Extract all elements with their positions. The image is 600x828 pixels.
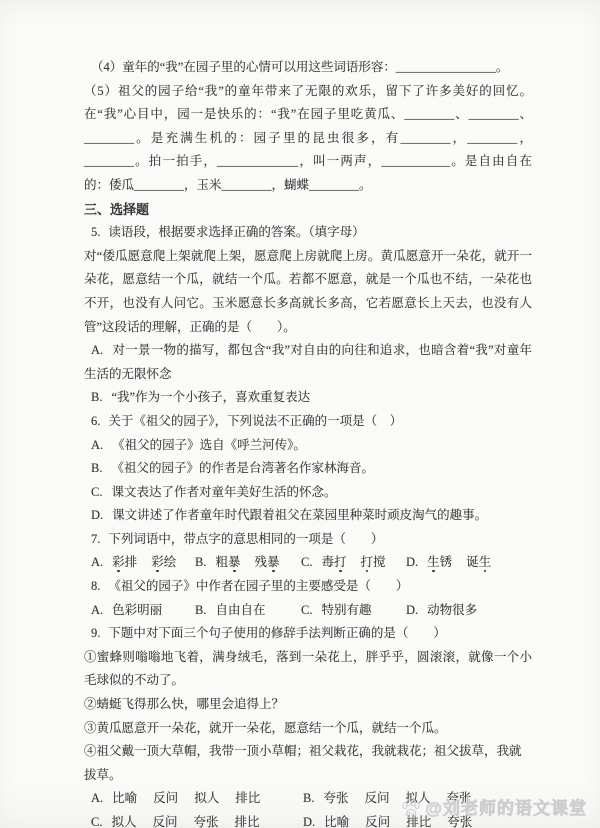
question-6-option-a: A.《祖父的园子》选自《呼兰河传》。: [84, 434, 532, 458]
option-key: B.: [91, 461, 102, 475]
question-8-option-a: A.色彩明丽: [91, 599, 195, 623]
option-word: 反问: [365, 815, 390, 828]
question-9-sentence-2: ②蜻蜓飞得那么快，哪里会追得上？: [84, 693, 532, 717]
question-6-stem: 6.关于《祖父的园子》，下列说法不正确的一项是（ ）: [84, 410, 532, 434]
option-key: D.: [303, 815, 315, 828]
option-key: A.: [91, 603, 103, 617]
question-8-stem-text: 《祖父的园子》中作者在园子里的主要感受是（ ）: [108, 579, 408, 593]
worksheet-content: （4）童年的“我”在园子里的心情可以用这些词语形容：______________…: [84, 56, 532, 828]
question-8-stem: 8.《祖父的园子》中作者在园子里的主要感受是（ ）: [84, 575, 532, 599]
question-8-option-c: C.特别有趣: [301, 599, 406, 623]
option-word: 夸张: [323, 791, 348, 805]
question-7-stem: 7.下列词语中，带点字的意思相同的一项是（ ）: [84, 528, 532, 552]
option-key: A.: [91, 343, 103, 357]
question-5-stem: 5.读语段，根据要求选择正确的答案。（填字母）: [84, 221, 532, 245]
option-word: 拟人: [194, 791, 219, 805]
option-key: A.: [91, 438, 103, 452]
baidu-paw-icon: du: [400, 798, 422, 820]
question-5-number: 5.: [91, 225, 100, 239]
dotted-word: 粗暴: [215, 555, 240, 569]
option-word: 排比: [235, 815, 260, 828]
option-text: 课文表达了作者对童年美好生活的怀念。: [111, 485, 336, 499]
question-7-option-d: D.生锈诞生: [406, 551, 532, 575]
option-text: 自由自在: [215, 603, 265, 617]
question-7-option-b: B.粗暴残暴: [195, 551, 301, 575]
watermark-text: @刘老师的语文课堂: [425, 797, 587, 821]
dotted-word: 彩绘: [151, 555, 176, 569]
option-word: 拟人: [111, 815, 136, 828]
document-page: （4）童年的“我”在园子里的心情可以用这些词语形容：______________…: [0, 0, 600, 828]
question-5-option-a: A.对一景一物的描写，都包含“我”对自由的向往和追求，也暗含着“我”对童年生活的…: [84, 339, 532, 386]
option-key: C.: [301, 603, 312, 617]
question-9-stem-text: 下题中对下面三个句子使用的修辞手法判断正确的是（ ）: [108, 626, 446, 640]
option-key: D.: [406, 555, 418, 569]
question-7-stem-text: 下列词语中，带点字的意思相同的一项是（ ）: [108, 532, 383, 546]
section-title-multiple-choice: 三、选择题: [84, 198, 532, 222]
question-9-stem: 9.下题中对下面三个句子使用的修辞手法判断正确的是（ ）: [84, 622, 532, 646]
option-word: 反问: [152, 815, 177, 828]
option-word: 排比: [235, 791, 260, 805]
dotted-word: 残暴: [255, 555, 280, 569]
dotted-word: 打搅: [361, 555, 386, 569]
option-word: 比喻: [324, 815, 349, 828]
paw-icon-label: du: [407, 812, 416, 818]
question-7-option-a: A.彩排彩绘: [91, 551, 195, 575]
dotted-word: 毒打: [321, 555, 346, 569]
question-9-sentence-3: ③黄瓜愿意开一朵花，就开一朵花，愿意结一个瓜，就结一个瓜。: [84, 717, 532, 741]
fill-in-item-4: （4）童年的“我”在园子里的心情可以用这些词语形容：______________…: [84, 56, 532, 80]
question-9-sentence-4: ④祖父戴一顶大草帽，我带一顶小草帽；祖父栽花，我就栽花；祖父拔草，我就拔草。: [84, 740, 532, 787]
option-text: 色彩明丽: [112, 603, 162, 617]
option-word: 夸张: [194, 815, 219, 828]
option-text: 动物很多: [427, 603, 477, 617]
question-8-option-d: D.动物很多: [406, 599, 532, 623]
option-key: C.: [91, 815, 102, 828]
option-text: 《祖父的园子》选自《呼兰河传》。: [112, 438, 306, 452]
question-6-option-b: B.《祖父的园子》的作者是台湾著名作家林海音。: [84, 457, 532, 481]
option-key: B.: [91, 390, 102, 404]
question-8-options-row: A.色彩明丽 B.自由自在 C.特别有趣 D.动物很多: [84, 599, 532, 623]
question-6-stem-text: 关于《祖父的园子》，下列说法不正确的一项是（ ）: [108, 414, 402, 428]
option-word: 反问: [153, 791, 178, 805]
question-6-option-c: C.课文表达了作者对童年美好生活的怀念。: [84, 481, 532, 505]
question-7-option-c: C.毒打打搅: [301, 551, 406, 575]
option-key: B.: [303, 791, 314, 805]
option-key: A.: [91, 791, 103, 805]
option-text: 课文讲述了作者童年时代跟着祖父在菜园里种菜时顽皮淘气的趣事。: [112, 508, 487, 522]
question-9-option-c: C.拟人反问夸张排比: [91, 811, 303, 828]
question-8-number: 8.: [91, 579, 100, 593]
option-key: B.: [195, 603, 206, 617]
option-key: B.: [195, 555, 206, 569]
option-word: 比喻: [112, 791, 137, 805]
question-9-option-a: A.比喻反问拟人排比: [91, 787, 303, 811]
question-5-passage: 对“倭瓜愿意爬上架就爬上架，愿意爬上房就爬上房。黄瓜愿意开一朵花，就开一朵花，愿…: [84, 245, 532, 339]
option-text: 《祖父的园子》的作者是台湾著名作家林海音。: [111, 461, 374, 475]
watermark: du @刘老师的语文课堂: [400, 797, 587, 821]
option-key: D.: [406, 603, 418, 617]
dotted-word: 彩排: [112, 555, 137, 569]
option-key: C.: [301, 555, 312, 569]
dotted-word: 生锈: [427, 555, 452, 569]
option-key: C.: [91, 485, 102, 499]
option-text: “我”作为一个小孩子，喜欢重复表达: [111, 390, 310, 404]
option-key: D.: [91, 508, 103, 522]
question-5-option-b: B.“我”作为一个小孩子，喜欢重复表达: [84, 386, 532, 410]
fill-in-item-5: （5）祖父的园子给“我”的童年带来了无限的欢乐，留下了许多美好的回忆。在“我”心…: [84, 80, 532, 198]
question-6-option-d: D.课文讲述了作者童年时代跟着祖父在菜园里种菜时顽皮淘气的趣事。: [84, 504, 532, 528]
question-7-number: 7.: [91, 532, 100, 546]
option-text: 对一景一物的描写，都包含“我”对自由的向往和追求，也暗含着“我”对童年生活的无限…: [84, 343, 532, 381]
question-8-option-b: B.自由自在: [195, 599, 301, 623]
question-6-number: 6.: [91, 414, 100, 428]
question-7-options-row: A.彩排彩绘 B.粗暴残暴 C.毒打打搅 D.生锈诞生: [84, 551, 532, 575]
option-text: 特别有趣: [321, 603, 371, 617]
question-9-sentence-1: ①蜜蜂则嗡嗡地飞着，满身绒毛，落到一朵花上，胖乎乎，圆滚滚，就像一个小毛球似的不…: [84, 646, 532, 693]
option-word: 反问: [364, 791, 389, 805]
dotted-word: 诞生: [466, 555, 491, 569]
option-key: A.: [91, 555, 103, 569]
question-9-number: 9.: [91, 626, 100, 640]
question-5-stem-text: 读语段，根据要求选择正确的答案。（填字母）: [108, 225, 364, 239]
